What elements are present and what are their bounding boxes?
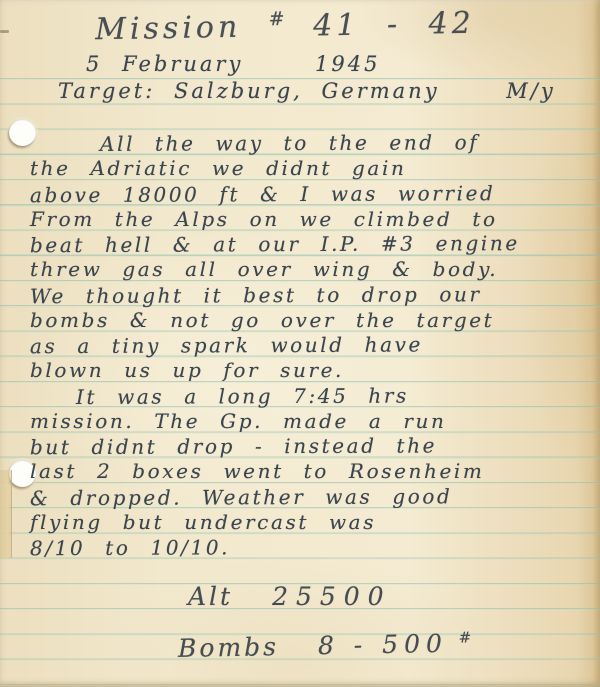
handwriting-line: blown us up for sure. bbox=[30, 358, 584, 383]
handwriting-line: but didnt drop - instead the bbox=[30, 433, 584, 461]
bombs-unit: # bbox=[459, 628, 475, 646]
journal-body: All the way to the end of the Adriatic w… bbox=[30, 131, 584, 560]
date-text: 5 February bbox=[86, 52, 243, 76]
target-line: Target: Salzburg, Germany M/y bbox=[58, 79, 556, 103]
altitude-value: 25500 bbox=[272, 582, 392, 611]
handwriting-line: the Adriatic we didnt gain bbox=[30, 156, 584, 181]
handwriting-line: All the way to the end of bbox=[30, 130, 584, 158]
altitude-label: Alt bbox=[188, 582, 233, 611]
target-value: Salzburg, Germany bbox=[174, 79, 440, 103]
handwriting-line: It was a long 7:45 hrs bbox=[30, 382, 584, 410]
mission-title: Mission # 41 - 42 bbox=[0, 3, 570, 49]
mission-number-hash: # bbox=[268, 8, 285, 30]
bombs-value: 8 - 500 bbox=[318, 629, 448, 660]
mission-title-word: Mission bbox=[95, 10, 242, 48]
handwriting-line: beat hell & at our I.P. #3 engine bbox=[30, 231, 584, 259]
handwriting-line: mission. The Gp. made a run bbox=[30, 409, 584, 434]
handwriting-line: last 2 boxes went to Rosenheim bbox=[30, 459, 584, 484]
bombs-line: Bombs 8 - 500 # bbox=[178, 628, 475, 662]
target-label: Target: bbox=[58, 79, 155, 103]
handwriting-line: & dropped. Weather was good bbox=[30, 483, 584, 511]
handwriting-line: From the Alps on we climbed to bbox=[30, 207, 584, 232]
bombs-label: Bombs bbox=[178, 632, 279, 663]
altitude-line: Alt 25500 bbox=[188, 582, 392, 611]
notebook-page: Mission # 41 - 42 5 February 1945 Target… bbox=[0, 0, 600, 687]
date-year: 1945 bbox=[315, 52, 380, 76]
handwriting-line: threw gas all over wing & body. bbox=[30, 257, 584, 282]
handwriting-line: bombs & not go over the target bbox=[30, 308, 584, 333]
handwriting-line: flying but undercast was bbox=[30, 510, 584, 535]
date-line: 5 February 1945 bbox=[86, 52, 380, 76]
mission-numbers: 41 - 42 bbox=[313, 6, 475, 44]
handwriting-line: as a tiny spark would have bbox=[30, 332, 584, 360]
handwriting-line: We thought it best to drop our bbox=[30, 281, 584, 309]
handwriting-line: above 18000 ft & I was worried bbox=[30, 180, 584, 208]
target-code: M/y bbox=[506, 79, 555, 103]
handwriting-line: 8/10 to 10/10. bbox=[30, 534, 584, 562]
tape-residue bbox=[0, 470, 12, 558]
